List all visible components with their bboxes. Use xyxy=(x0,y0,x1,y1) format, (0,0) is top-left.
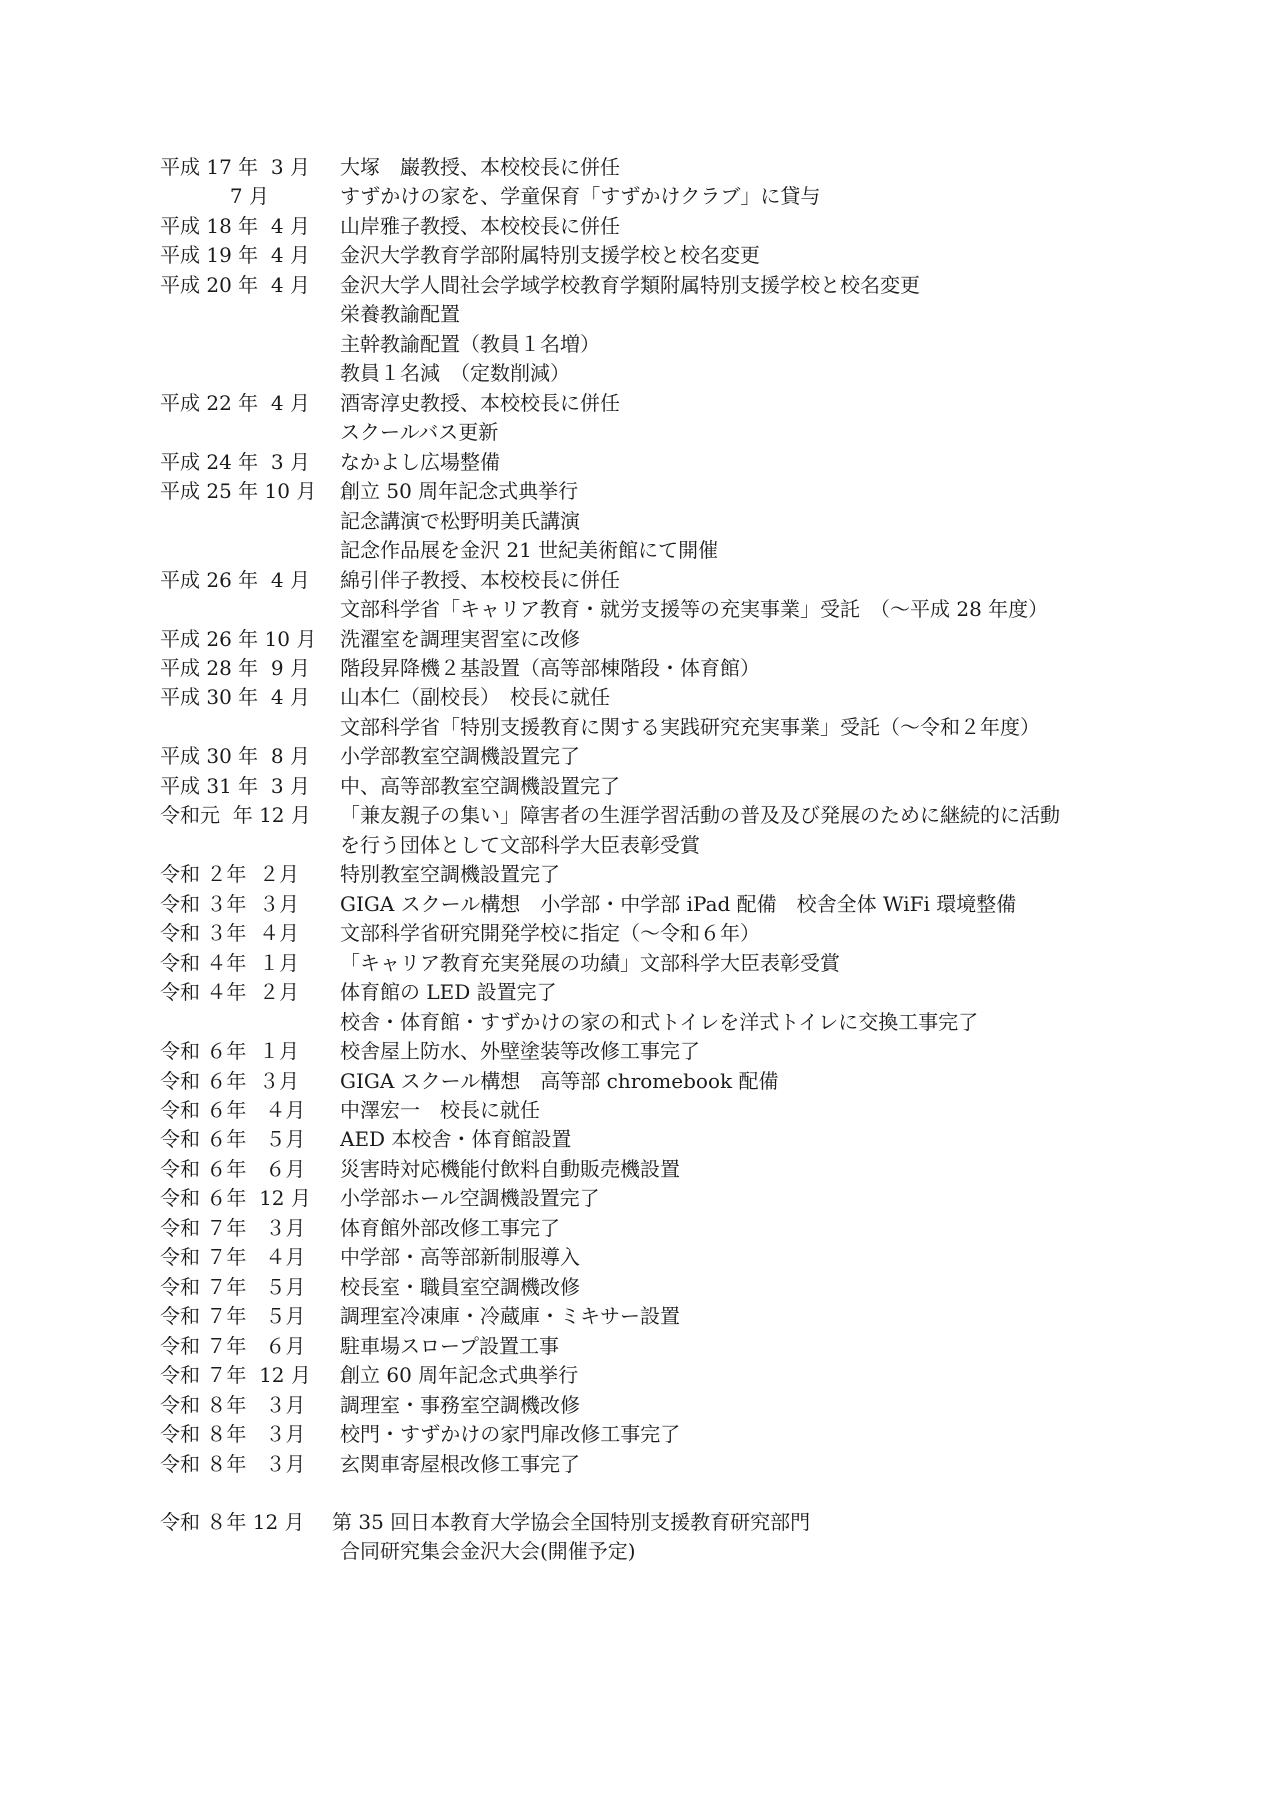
timeline-entry: 令和 ７年 ６月駐車場スロープ設置工事 xyxy=(160,1332,1160,1361)
timeline-entry: 令和 ３年 ４月文部科学省研究開発学校に指定（～令和６年） xyxy=(160,919,1160,948)
entry-date: 平成 22 年 4 月 xyxy=(160,389,335,418)
entry-text: 調理室冷凍庫・冷蔵庫・ミキサー設置 xyxy=(340,1302,680,1331)
document-page: 平成 17 年 3 月大塚 巌教授、本校校長に併任 7 月すずかけの家を、学童保… xyxy=(0,0,1280,1812)
entry-date: 令和 ４年 １月 xyxy=(160,949,335,978)
entry-date: 平成 19 年 4 月 xyxy=(160,241,335,270)
entry-date: 令和 ６年 ３月 xyxy=(160,1067,335,1096)
timeline-entry: 7 月すずかけの家を、学童保育「すずかけクラブ」に貸与 xyxy=(160,182,1160,211)
timeline-entry: 平成 17 年 3 月大塚 巌教授、本校校長に併任 xyxy=(160,153,1160,182)
entry-date: 令和 ８年 ３月 xyxy=(160,1391,335,1420)
entry-date: 令和 ８年 ３月 xyxy=(160,1420,335,1449)
entry-date: 令和 ６年 １月 xyxy=(160,1037,335,1066)
timeline-entry: 平成 22 年 4 月酒寄淳史教授、本校校長に併任 xyxy=(160,389,1160,418)
entry-date: 平成 17 年 3 月 xyxy=(160,153,335,182)
entry-text: 金沢大学人間社会学域学校教育学類附属特別支援学校と校名変更 xyxy=(340,271,920,300)
timeline-entry-continuation: 文部科学省「キャリア教育・就労支援等の充実事業」受託 （～平成 28 年度） xyxy=(160,595,1160,624)
entry-text: 校門・すずかけの家門扉改修工事完了 xyxy=(340,1420,680,1449)
entry-text: 校長室・職員室空調機改修 xyxy=(340,1273,580,1302)
entry-text: 校舎・体育館・すずかけの家の和式トイレを洋式トイレに交換工事完了 xyxy=(340,1008,978,1037)
entry-date: 令和 ７年 ３月 xyxy=(160,1214,335,1243)
timeline-entry: 令和 ７年 ４月中学部・高等部新制服導入 xyxy=(160,1243,1160,1272)
entry-text: 災害時対応機能付飲料自動販売機設置 xyxy=(340,1155,680,1184)
entry-date: 令和 ８年 12 月 xyxy=(160,1508,335,1537)
entry-text: 主幹教諭配置（教員１名増） xyxy=(340,330,600,359)
entry-date: 令和 ７年 ６月 xyxy=(160,1332,335,1361)
timeline-entry: 令和 ４年 １月「キャリア教育充実発展の功績」文部科学大臣表彰受賞 xyxy=(160,949,1160,978)
timeline-entry: 令和 ６年 12 月小学部ホール空調機設置完了 xyxy=(160,1184,1160,1213)
entry-text: 文部科学省「特別支援教育に関する実践研究充実事業」受託（～令和２年度） xyxy=(340,713,1040,742)
timeline-entry-continuation: を行う団体として文部科学大臣表彰受賞 xyxy=(160,831,1160,860)
timeline-entry: 平成 20 年 4 月金沢大学人間社会学域学校教育学類附属特別支援学校と校名変更 xyxy=(160,271,1160,300)
timeline-entry: 平成 26 年 4 月綿引伴子教授、本校校長に併任 xyxy=(160,566,1160,595)
entry-text: なかよし広場整備 xyxy=(340,448,500,477)
entry-date: 令和元 年 12 月 xyxy=(160,801,335,830)
entry-text: 大塚 巌教授、本校校長に併任 xyxy=(340,153,620,182)
entry-date: 令和 ３年 ４月 xyxy=(160,919,335,948)
entry-text: 「兼友親子の集い」障害者の生涯学習活動の普及及び発展のために継続的に活動 xyxy=(340,801,1060,830)
timeline-entry: 平成 28 年 9 月階段昇降機２基設置（高等部棟階段・体育館） xyxy=(160,654,1160,683)
entry-text: すずかけの家を、学童保育「すずかけクラブ」に貸与 xyxy=(340,182,820,211)
timeline-entry: 令和 ７年 ３月体育館外部改修工事完了 xyxy=(160,1214,1160,1243)
entry-text: 「キャリア教育充実発展の功績」文部科学大臣表彰受賞 xyxy=(340,949,840,978)
timeline-entry-continuation: 記念講演で松野明美氏講演 xyxy=(160,507,1160,536)
entry-text: 小学部教室空調機設置完了 xyxy=(340,742,580,771)
timeline-entry: 令和元 年 12 月「兼友親子の集い」障害者の生涯学習活動の普及及び発展のために… xyxy=(160,801,1160,830)
timeline-entry: 令和 ８年 ３月玄関車寄屋根改修工事完了 xyxy=(160,1450,1160,1479)
entry-text: 体育館外部改修工事完了 xyxy=(340,1214,560,1243)
entry-date: 平成 20 年 4 月 xyxy=(160,271,335,300)
timeline-entry: 令和 ７年 12 月創立 60 周年記念式典挙行 xyxy=(160,1361,1160,1390)
entry-date: 平成 30 年 8 月 xyxy=(160,742,335,771)
entry-date: 平成 28 年 9 月 xyxy=(160,654,335,683)
timeline-entry: 令和 ６年 １月校舎屋上防水、外壁塗装等改修工事完了 xyxy=(160,1037,1160,1066)
timeline-entry-continuation: スクールバス更新 xyxy=(160,418,1160,447)
entry-text: 記念講演で松野明美氏講演 xyxy=(340,507,580,536)
entry-text: 創立 50 周年記念式典挙行 xyxy=(340,477,578,506)
entry-date: 令和 ７年 ５月 xyxy=(160,1302,335,1331)
entry-text: 合同研究集会金沢大会(開催予定) xyxy=(340,1537,636,1566)
entry-text: 文部科学省研究開発学校に指定（～令和６年） xyxy=(340,919,760,948)
entry-text: 調理室・事務室空調機改修 xyxy=(340,1391,580,1420)
entry-text: 教員１名減 （定数削減） xyxy=(340,359,570,388)
entry-text: 洗濯室を調理実習室に改修 xyxy=(340,625,580,654)
entry-text: 体育館の LED 設置完了 xyxy=(340,978,557,1007)
entry-date: 平成 31 年 3 月 xyxy=(160,772,335,801)
timeline-entry: 令和 ２年 ２月特別教室空調機設置完了 xyxy=(160,860,1160,889)
entry-text: 文部科学省「キャリア教育・就労支援等の充実事業」受託 （～平成 28 年度） xyxy=(340,595,1048,624)
entry-text: 駐車場スロープ設置工事 xyxy=(340,1332,559,1361)
timeline-entry-continuation: 記念作品展を金沢 21 世紀美術館にて開催 xyxy=(160,536,1160,565)
entry-text: 中学部・高等部新制服導入 xyxy=(340,1243,580,1272)
entry-date: 令和 ７年 ４月 xyxy=(160,1243,335,1272)
timeline-entry: 令和 ６年 ６月災害時対応機能付飲料自動販売機設置 xyxy=(160,1155,1160,1184)
entry-date: 平成 18 年 4 月 xyxy=(160,212,335,241)
history-timeline: 平成 17 年 3 月大塚 巌教授、本校校長に併任 7 月すずかけの家を、学童保… xyxy=(160,153,1160,1479)
entry-text: 栄養教諭配置 xyxy=(340,300,460,329)
entry-date: 令和 ６年 ５月 xyxy=(160,1125,335,1154)
entry-date: 平成 30 年 4 月 xyxy=(160,683,335,712)
entry-date: 平成 25 年 10 月 xyxy=(160,477,335,506)
timeline-entry: 令和 ８年 ３月調理室・事務室空調機改修 xyxy=(160,1391,1160,1420)
entry-text: GIGA スクール構想 高等部 chromebook 配備 xyxy=(340,1067,778,1096)
entry-text: 校舎屋上防水、外壁塗装等改修工事完了 xyxy=(340,1037,700,1066)
timeline-entry-continuation: 教員１名減 （定数削減） xyxy=(160,359,1160,388)
timeline-entry: 令和 ８年 12 月第 35 回日本教育大学協会全国特別支援教育研究部門 xyxy=(160,1508,1160,1537)
timeline-entry: 令和 ７年 ５月校長室・職員室空調機改修 xyxy=(160,1273,1160,1302)
entry-text: 玄関車寄屋根改修工事完了 xyxy=(340,1450,580,1479)
entry-date: 平成 26 年 10 月 xyxy=(160,625,335,654)
timeline-entry: 平成 19 年 4 月金沢大学教育学部附属特別支援学校と校名変更 xyxy=(160,241,1160,270)
timeline-entry: 平成 31 年 3 月中、高等部教室空調機設置完了 xyxy=(160,772,1160,801)
entry-text: 階段昇降機２基設置（高等部棟階段・体育館） xyxy=(340,654,760,683)
timeline-entry-continuation: 文部科学省「特別支援教育に関する実践研究充実事業」受託（～令和２年度） xyxy=(160,713,1160,742)
entry-text: 山岸雅子教授、本校校長に併任 xyxy=(340,212,620,241)
entry-date: 令和 ６年 ６月 xyxy=(160,1155,335,1184)
timeline-entry: 平成 30 年 4 月山本仁（副校長） 校長に就任 xyxy=(160,683,1160,712)
timeline-entry-continuation: 栄養教諭配置 xyxy=(160,300,1160,329)
timeline-entry: 令和 ６年 ４月中澤宏一 校長に就任 xyxy=(160,1096,1160,1125)
timeline-entry: 平成 24 年 3 月なかよし広場整備 xyxy=(160,448,1160,477)
entry-text: 中、高等部教室空調機設置完了 xyxy=(340,772,620,801)
timeline-entry: 令和 ６年 ５月AED 本校舎・体育館設置 xyxy=(160,1125,1160,1154)
entry-text: 特別教室空調機設置完了 xyxy=(340,860,560,889)
entry-date: 平成 24 年 3 月 xyxy=(160,448,335,477)
entry-text: 第 35 回日本教育大学協会全国特別支援教育研究部門 xyxy=(332,1508,810,1537)
entry-date: 令和 ４年 ２月 xyxy=(160,978,335,1007)
entry-text: 酒寄淳史教授、本校校長に併任 xyxy=(340,389,620,418)
entry-date: 令和 ６年 ４月 xyxy=(160,1096,335,1125)
entry-text: 金沢大学教育学部附属特別支援学校と校名変更 xyxy=(340,241,760,270)
entry-date: 令和 ３年 ３月 xyxy=(160,890,335,919)
timeline-entry: 令和 ６年 ３月GIGA スクール構想 高等部 chromebook 配備 xyxy=(160,1067,1160,1096)
entry-text: 小学部ホール空調機設置完了 xyxy=(340,1184,600,1213)
timeline-entry: 平成 30 年 8 月小学部教室空調機設置完了 xyxy=(160,742,1160,771)
entry-date: 令和 ８年 ３月 xyxy=(160,1450,335,1479)
entry-text: AED 本校舎・体育館設置 xyxy=(340,1125,571,1154)
entry-text: 創立 60 周年記念式典挙行 xyxy=(340,1361,578,1390)
entry-text: 記念作品展を金沢 21 世紀美術館にて開催 xyxy=(340,536,718,565)
entry-text: スクールバス更新 xyxy=(340,418,498,447)
timeline-entry: 平成 18 年 4 月山岸雅子教授、本校校長に併任 xyxy=(160,212,1160,241)
timeline-entry-continuation: 校舎・体育館・すずかけの家の和式トイレを洋式トイレに交換工事完了 xyxy=(160,1008,1160,1037)
timeline-entry: 令和 ４年 ２月体育館の LED 設置完了 xyxy=(160,978,1160,1007)
entry-text: 綿引伴子教授、本校校長に併任 xyxy=(340,566,620,595)
timeline-entry: 令和 ７年 ５月調理室冷凍庫・冷蔵庫・ミキサー設置 xyxy=(160,1302,1160,1331)
timeline-entry: 令和 ８年 ３月校門・すずかけの家門扉改修工事完了 xyxy=(160,1420,1160,1449)
entry-date: 令和 ６年 12 月 xyxy=(160,1184,335,1213)
entry-text: 中澤宏一 校長に就任 xyxy=(340,1096,540,1125)
entry-text: 山本仁（副校長） 校長に就任 xyxy=(340,683,610,712)
timeline-entry-continuation: 主幹教諭配置（教員１名増） xyxy=(160,330,1160,359)
entry-date: 令和 ７年 ５月 xyxy=(160,1273,335,1302)
timeline-entry: 平成 26 年 10 月洗濯室を調理実習室に改修 xyxy=(160,625,1160,654)
entry-text: を行う団体として文部科学大臣表彰受賞 xyxy=(340,831,700,860)
entry-date: 令和 ７年 12 月 xyxy=(160,1361,335,1390)
entry-date: 平成 26 年 4 月 xyxy=(160,566,335,595)
timeline-entry: 平成 25 年 10 月創立 50 周年記念式典挙行 xyxy=(160,477,1160,506)
entry-date: 7 月 xyxy=(160,182,335,211)
entry-date: 令和 ２年 ２月 xyxy=(160,860,335,889)
upcoming-events: 令和 ８年 12 月第 35 回日本教育大学協会全国特別支援教育研究部門合同研究… xyxy=(160,1508,1160,1567)
entry-text: GIGA スクール構想 小学部・中学部 iPad 配備 校舎全体 WiFi 環境… xyxy=(340,890,1016,919)
timeline-entry: 令和 ３年 ３月GIGA スクール構想 小学部・中学部 iPad 配備 校舎全体… xyxy=(160,890,1160,919)
timeline-entry-continuation: 合同研究集会金沢大会(開催予定) xyxy=(160,1537,1160,1566)
